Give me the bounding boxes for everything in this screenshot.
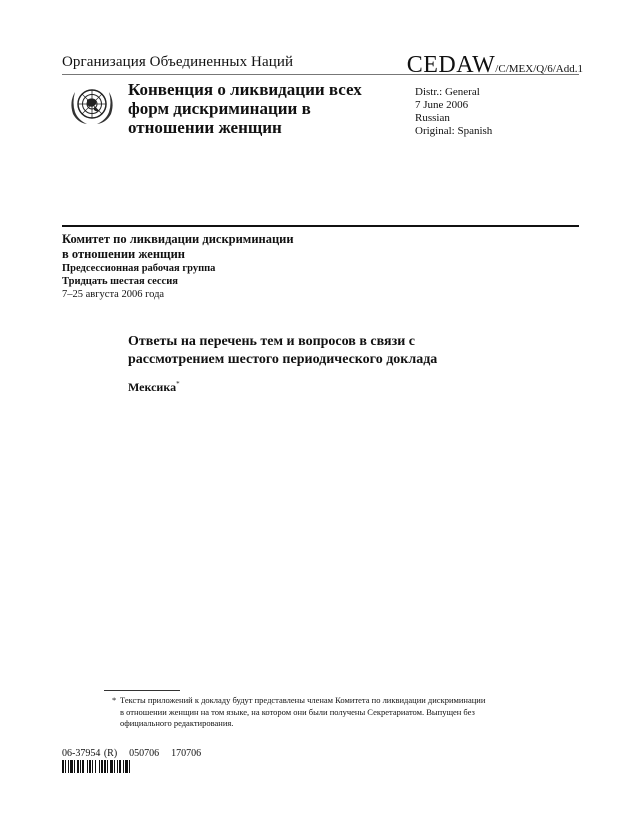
convention-title-line: Конвенция о ликвидации всех [128,80,388,99]
barcode-icon [62,760,172,773]
session-dates: 7–25 августа 2006 года [62,288,294,301]
convention-title: Конвенция о ликвидации всех форм дискрим… [128,80,388,137]
organization-name: Организация Объединенных Наций [62,54,293,71]
document-title-line: Ответы на перечень тем и вопросов в связ… [128,333,488,351]
convention-title-line: форм дискриминации в [128,99,388,118]
distribution-block: Distr.: General 7 June 2006 Russian Orig… [415,86,492,138]
section-rule [62,225,579,227]
distribution-type: Distr.: General [415,86,492,99]
convention-title-line: отношении женщин [128,118,388,137]
job-date-1: 050706 [129,748,159,759]
footnote-rule [104,690,180,691]
footnote-marker: * [176,380,180,388]
working-group: Предсессионная рабочая группа [62,262,294,275]
committee-name: Комитет по ликвидации дискриминации [62,232,294,247]
un-emblem-icon [63,80,121,130]
job-number-value: 06-37954 (R) [62,748,117,759]
job-number: 06-37954 (R)050706170706 [62,748,213,759]
job-date-2: 170706 [171,748,201,759]
document-title: Ответы на перечень тем и вопросов в связ… [128,333,488,369]
issue-date: 7 June 2006 [415,99,492,112]
committee-block: Комитет по ликвидации дискриминации в от… [62,232,294,301]
footnote: * Тексты приложений к докладу будут пред… [120,695,490,730]
language: Russian [415,112,492,125]
footnote-text: Тексты приложений к докладу будут предст… [120,695,485,728]
country-name: Мексика [128,380,176,394]
header-rule [62,74,579,75]
session: Тридцать шестая сессия [62,275,294,288]
document-title-line: рассмотрением шестого периодического док… [128,351,488,369]
original-language: Original: Spanish [415,125,492,138]
footnote-star: * [112,695,116,707]
country-heading: Мексика* [128,380,180,395]
committee-name: в отношении женщин [62,247,294,262]
